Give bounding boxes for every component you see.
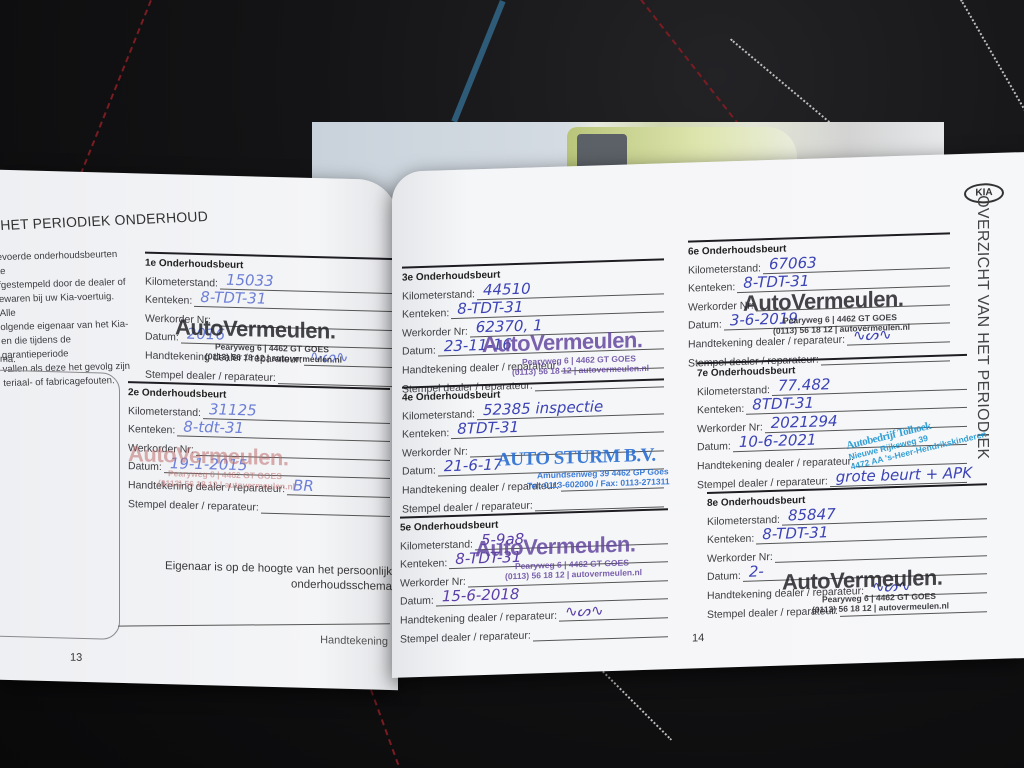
field-label: Werkorder Nr:: [145, 312, 211, 326]
handwritten-value: ∿ᔕ∿: [565, 601, 604, 620]
field-label: Kenteken:: [402, 307, 449, 320]
field-label: Kenteken:: [128, 423, 175, 436]
handwritten-value: 2021294: [771, 412, 838, 432]
right-page: KIA OVERZICHT VAN HET PERIODIEK 3e Onder…: [392, 152, 1024, 678]
field-line: BR: [287, 482, 390, 498]
handwritten-value: 19-1-2015: [170, 455, 248, 475]
maintenance-entry-3: 3e OnderhoudsbeurtKilometerstand:44510Ke…: [402, 258, 664, 395]
maintenance-entry-2: 2e OnderhoudsbeurtKilometerstand:31125Ke…: [128, 381, 390, 516]
field-label: Datum:: [697, 441, 731, 454]
field-label: Stempel dealer / reparateur:: [400, 629, 531, 645]
handwritten-value: 15033: [226, 270, 274, 289]
handwritten-value: 8-TDT-31: [455, 548, 521, 568]
left-page: HET PERIODIEK ONDERHOUD evoerde onderhou…: [0, 170, 398, 690]
vertical-page-title: OVERZICHT VAN HET PERIODIEK: [973, 195, 991, 460]
handwritten-value: 8-TDT-31: [457, 298, 523, 318]
handwritten-value: 8TDT-31: [457, 418, 519, 438]
field-label: Datum:: [145, 331, 179, 344]
maintenance-entry-6: 6e OnderhoudsbeurtKilometerstand:67063Ke…: [688, 232, 950, 369]
handwritten-value: 62370, 1: [476, 316, 543, 336]
handwritten-value: 31125: [209, 400, 257, 419]
handwritten-value: 85847: [788, 505, 836, 524]
signature-label: Handtekening: [320, 634, 388, 648]
field-line: [533, 624, 668, 641]
field-label: Datum:: [402, 345, 436, 358]
field-line: [278, 371, 395, 387]
notes-box: [0, 369, 120, 640]
handwritten-value: 8TDT-31: [752, 394, 814, 414]
field-label: Kenteken:: [145, 294, 192, 307]
field-line: [840, 599, 987, 617]
field-label: Datum:: [707, 570, 741, 583]
field-label: Datum:: [688, 319, 722, 332]
field-line: ∿ᔕ∿: [304, 353, 395, 368]
field-label: Kenteken:: [402, 427, 449, 440]
handwritten-value: 10-6-2021: [739, 431, 817, 451]
field-label: Stempel dealer / reparateur:: [707, 604, 838, 620]
handwritten-value: 21-6-17: [444, 456, 503, 476]
page-number: 14: [692, 632, 704, 644]
maintenance-entry-8: 8e OnderhoudsbeurtKilometerstand:85847Ke…: [707, 483, 987, 620]
handwritten-value: 5-9a8: [481, 529, 524, 548]
handwritten-value: 8-tdt-31: [183, 418, 244, 438]
handwritten-value: ∿ᔕ∿: [853, 325, 892, 344]
field-label: Datum:: [128, 461, 162, 474]
handwritten-value: 2-: [749, 563, 764, 581]
maintenance-entry-4: 4e OnderhoudsbeurtKilometerstand:52385 i…: [402, 378, 664, 515]
maintenance-entry-5: 5e OnderhoudsbeurtKilometerstand:5-9a8Ke…: [400, 508, 668, 645]
field-label: Datum:: [402, 465, 436, 478]
intro-tail: ma.: [0, 354, 16, 365]
field-label: Kenteken:: [400, 557, 447, 570]
field-label: Stempel dealer / reparateur:: [128, 498, 259, 513]
field-label: Kenteken:: [707, 533, 754, 546]
handwritten-value: ∿ᔕ∿: [872, 577, 911, 596]
handwritten-value: 3-6-2019: [730, 310, 798, 330]
owner-note: Eigenaar is op de hoogte van het persoon…: [140, 558, 392, 595]
handwritten-value: 15-6-2018: [442, 585, 520, 605]
handwritten-value: 77.482: [778, 375, 831, 395]
page-title: HET PERIODIEK ONDERHOUD: [0, 208, 208, 233]
page-number: 13: [70, 652, 82, 664]
handwritten-value: 44510: [483, 279, 531, 298]
field-label: Kilometerstand:: [128, 405, 201, 419]
handwritten-value: 8-TDT-31: [762, 523, 828, 543]
handwritten-value: 8-TDT-31: [200, 288, 266, 308]
handwritten-value: 23-11-16: [444, 336, 512, 356]
field-label: Kenteken:: [688, 281, 735, 294]
handwritten-value: BR: [293, 476, 314, 495]
maintenance-entry-1: 1e OnderhoudsbeurtKilometerstand:15033Ke…: [145, 252, 395, 387]
field-label: Kenteken:: [697, 403, 744, 416]
handwritten-value: 67063: [769, 253, 817, 272]
signature-line: [118, 623, 390, 626]
field-line: [261, 500, 390, 516]
field-label: Werkorder Nr:: [128, 442, 194, 456]
field-label: Kilometerstand:: [145, 275, 218, 289]
handwritten-value: 8-TDT-31: [743, 272, 809, 292]
field-label: Datum:: [400, 595, 434, 608]
handwritten-value: 52385 inspectie: [483, 397, 603, 419]
handwritten-value: ∿ᔕ∿: [310, 347, 349, 366]
handwritten-value: grote beurt + APK: [836, 463, 972, 485]
handwritten-value: 2016: [187, 325, 225, 344]
maintenance-entry-7: 7e OnderhoudsbeurtKilometerstand:77.482K…: [697, 354, 967, 491]
